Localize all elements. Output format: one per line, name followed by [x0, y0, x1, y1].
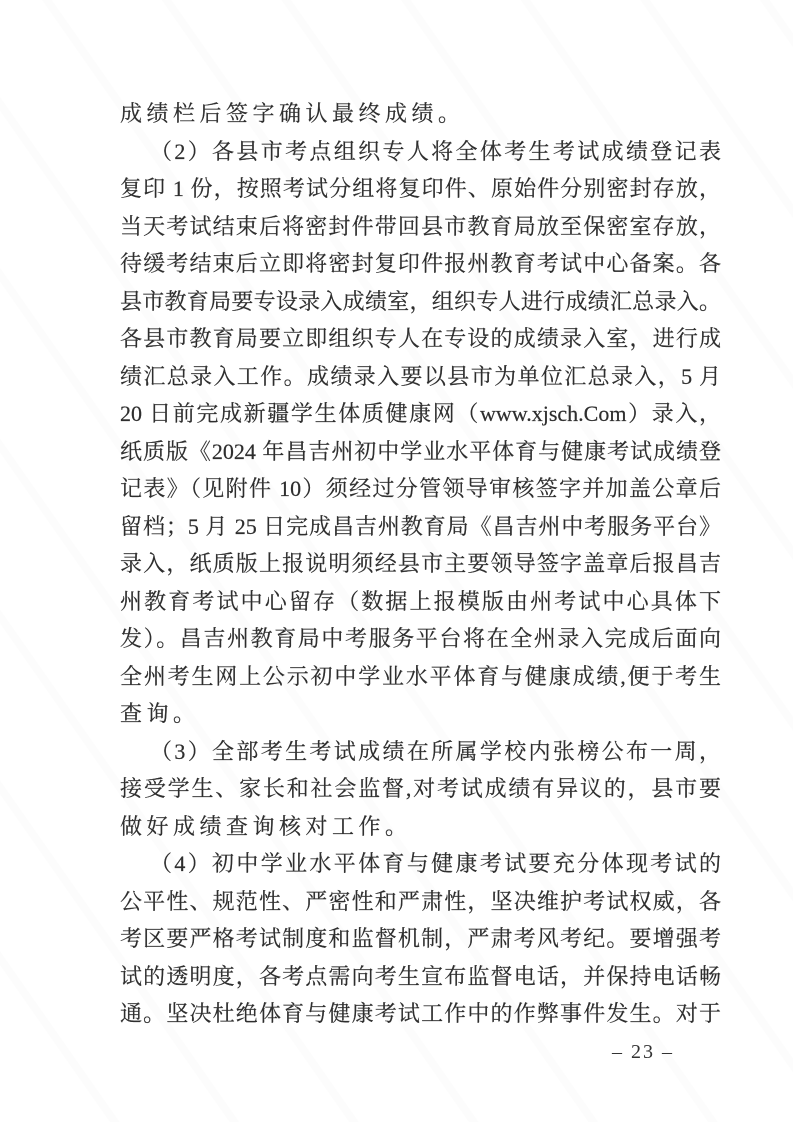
document-line: 考区要严格考试制度和监督机制，严肃考风考纪。要增强考 [120, 920, 721, 958]
document-line: 各县市教育局要立即组织专人在专设的成绩录入室，进行成 [120, 320, 721, 358]
document-line: 查询。 [120, 695, 721, 733]
document-line: 做好成绩查询核对工作。 [120, 808, 721, 846]
document-line: 通。坚决杜绝体育与健康考试工作中的作弊事件发生。对于 [120, 995, 721, 1033]
document-line: 发）。昌吉州教育局中考服务平台将在全州录入完成后面向 [120, 620, 721, 658]
document-line: 复印 1 份，按照考试分组将复印件、原始件分别密封存放， [120, 170, 721, 208]
document-body: 成绩栏后签字确认最终成绩。 （2）各县市考点组织专人将全体考生考试成绩登记表 复… [120, 95, 721, 1033]
document-line: （3）全部考生考试成绩在所属学校内张榜公布一周， [120, 733, 721, 771]
document-line: 留档；5 月 25 日完成昌吉州教育局《昌吉州中考服务平台》 [120, 508, 721, 546]
document-line: 公平性、规范性、严密性和严肃性，坚决维护考试权威，各 [120, 883, 721, 921]
document-line: 当天考试结束后将密封件带回县市教育局放至保密室存放， [120, 208, 721, 246]
document-line: 纸质版《2024 年昌吉州初中学业水平体育与健康考试成绩登 [120, 433, 721, 471]
document-line: 待缓考结束后立即将密封复印件报州教育考试中心备案。各 [120, 245, 721, 283]
document-line: （4）初中学业水平体育与健康考试要充分体现考试的 [120, 845, 721, 883]
document-line: 录入，纸质版上报说明须经县市主要领导签字盖章后报昌吉 [120, 545, 721, 583]
document-line: 记表》（见附件 10）须经过分管领导审核签字并加盖公章后 [120, 470, 721, 508]
document-line: 州教育考试中心留存（数据上报模版由州考试中心具体下 [120, 583, 721, 621]
document-line: 绩汇总录入工作。成绩录入要以县市为单位汇总录入，5 月 [120, 358, 721, 396]
document-line: 20 日前完成新疆学生体质健康网（www.xjsch.Com）录入， [120, 395, 721, 433]
document-line: 试的透明度，各考点需向考生宣布监督电话，并保持电话畅 [120, 958, 721, 996]
document-line: 县市教育局要专设录入成绩室，组织专人进行成绩汇总录入。 [120, 283, 721, 321]
document-line: 接受学生、家长和社会监督,对考试成绩有异议的，县市要 [120, 770, 721, 808]
page-number: – 23 – [612, 1040, 674, 1064]
document-line: 全州考生网上公示初中学业水平体育与健康成绩,便于考生 [120, 658, 721, 696]
document-line: 成绩栏后签字确认最终成绩。 [120, 95, 721, 133]
document-line: （2）各县市考点组织专人将全体考生考试成绩登记表 [120, 133, 721, 171]
document-page: 成绩栏后签字确认最终成绩。 （2）各县市考点组织专人将全体考生考试成绩登记表 复… [0, 0, 793, 1122]
